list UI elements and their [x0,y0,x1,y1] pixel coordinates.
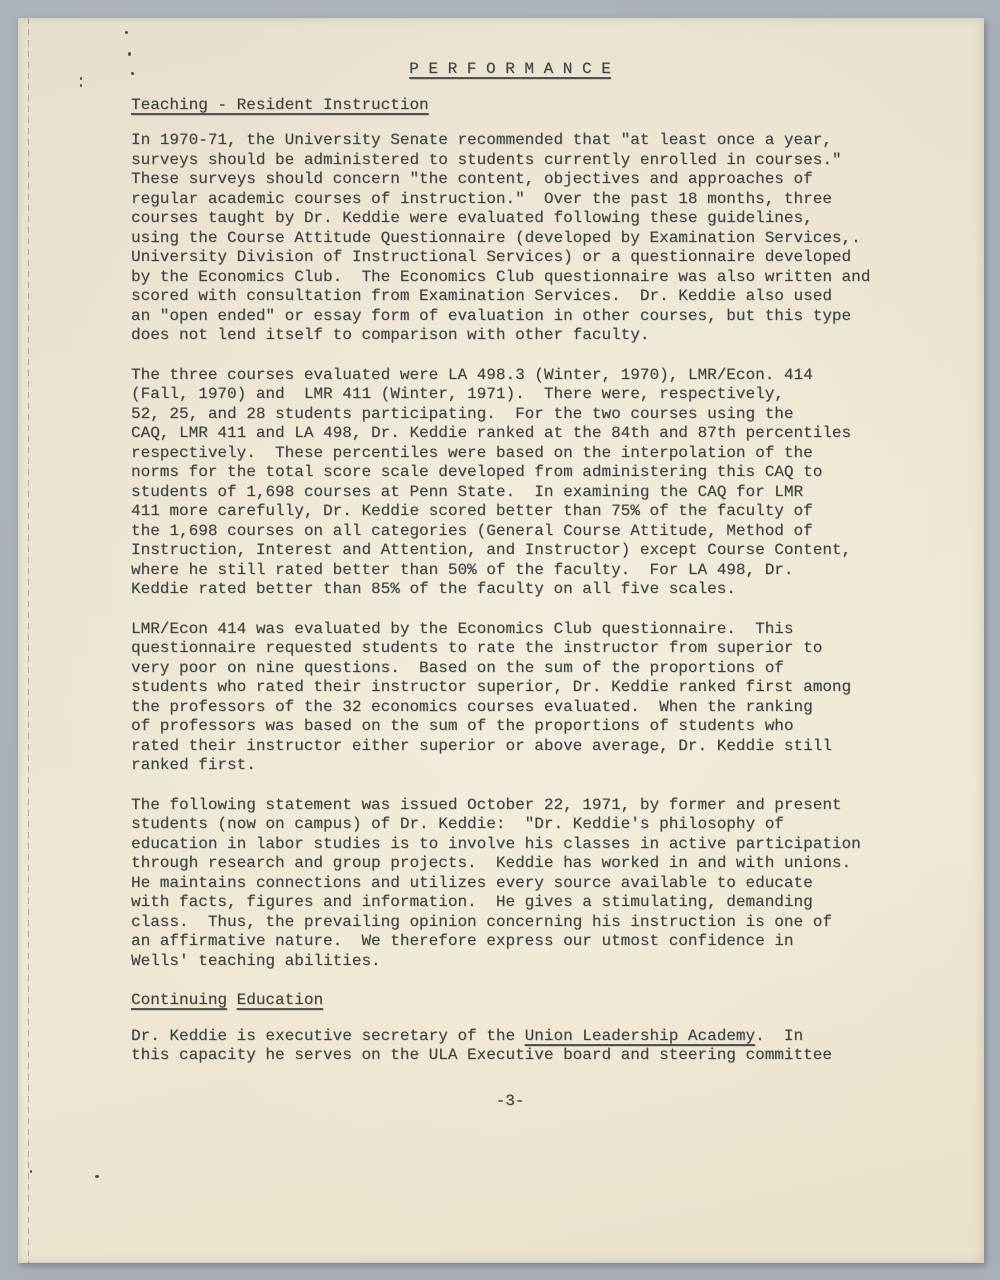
ink-speck [95,1175,99,1178]
heading-word: Education [237,991,323,1009]
section-heading-teaching: Teaching - Resident Instruction [131,96,889,116]
page-title-text: P E R F O R M A N C E [409,60,611,78]
text-line: by the Economics Club. The Economics Clu… [131,268,889,288]
paragraph-student-statement: The following statement was issued Octob… [131,796,889,972]
paragraph-ula: Dr. Keddie is executive secretary of the… [131,1027,889,1066]
text-line: questionnaire requested students to rate… [131,639,889,659]
paragraph-senate-surveys: In 1970-71, the University Senate recomm… [131,131,889,346]
document-page: P E R F O R M A N C E Teaching - Residen… [18,18,984,1263]
heading-word: Continuing [131,991,227,1009]
text-line: through research and group projects. Ked… [131,854,889,874]
text-line: The following statement was issued Octob… [131,796,889,816]
text-line: very poor on nine questions. Based on th… [131,659,889,679]
paragraph-courses-evaluated: The three courses evaluated were LA 498.… [131,366,889,600]
text-line: scored with consultation from Examinatio… [131,287,889,307]
ink-speck [80,77,82,80]
text-line: These surveys should concern "the conten… [131,170,889,190]
closing-line-1-suffix: . In [755,1027,803,1045]
section-heading-continuing-education: Continuing Education [131,991,889,1011]
text-line: Keddie rated better than 85% of the facu… [131,580,889,600]
text-line: Instruction, Interest and Attention, and… [131,541,889,561]
text-line: with facts, figures and information. He … [131,893,889,913]
text-line: students (now on campus) of Dr. Keddie: … [131,815,889,835]
text-line: does not lend itself to comparison with … [131,326,889,346]
document-content: P E R F O R M A N C E Teaching - Residen… [131,60,889,1111]
text-line: LMR/Econ 414 was evaluated by the Econom… [131,620,889,640]
text-line: the 1,698 courses on all categories (Gen… [131,522,889,542]
text-line: rated their instructor either superior o… [131,737,889,757]
paper-edge-line [28,18,29,1263]
text-line: using the Course Attitude Questionnaire … [131,229,889,249]
text-line: In 1970-71, the University Senate recomm… [131,131,889,151]
text-line: respectively. These percentiles were bas… [131,444,889,464]
text-line: norms for the total score scale develope… [131,463,889,483]
text-line: Wells' teaching abilities. [131,952,889,972]
text-line: ranked first. [131,756,889,776]
text-line: students of 1,698 courses at Penn State.… [131,483,889,503]
ink-speck [125,31,128,34]
union-leadership-academy-underlined: Union Leadership Academy [525,1027,755,1045]
closing-line-1-prefix: Dr. Keddie is executive secretary of the [131,1027,525,1045]
page-number: -3- [131,1092,889,1112]
text-line: courses taught by Dr. Keddie were evalua… [131,209,889,229]
section-heading-teaching-text: Teaching - Resident Instruction [131,96,429,114]
scan-background: P E R F O R M A N C E Teaching - Residen… [0,0,1000,1280]
closing-line-1: Dr. Keddie is executive secretary of the… [131,1027,889,1047]
text-line: regular academic courses of instruction.… [131,190,889,210]
paragraph-economics-club: LMR/Econ 414 was evaluated by the Econom… [131,620,889,776]
text-line: CAQ, LMR 411 and LA 498, Dr. Keddie rank… [131,424,889,444]
page-title: P E R F O R M A N C E [131,60,889,80]
text-line: an "open ended" or essay form of evaluat… [131,307,889,327]
text-line: 411 more carefully, Dr. Keddie scored be… [131,502,889,522]
text-line: surveys should be administered to studen… [131,151,889,171]
ink-speck [128,52,131,56]
text-line: 52, 25, and 28 students participating. F… [131,405,889,425]
text-line: of professors was based on the sum of th… [131,717,889,737]
text-line: The three courses evaluated were LA 498.… [131,366,889,386]
closing-line-2: this capacity he serves on the ULA Execu… [131,1046,889,1066]
text-line: (Fall, 1970) and LMR 411 (Winter, 1971).… [131,385,889,405]
text-line: the professors of the 32 economics cours… [131,698,889,718]
text-line: He maintains connections and utilizes ev… [131,874,889,894]
ink-speck [30,1170,32,1173]
text-line: where he still rated better than 50% of … [131,561,889,581]
text-line: class. Thus, the prevailing opinion conc… [131,913,889,933]
text-line: education in labor studies is to involve… [131,835,889,855]
text-line: University Division of Instructional Ser… [131,248,889,268]
text-line: students who rated their instructor supe… [131,678,889,698]
text-line: an affirmative nature. We therefore expr… [131,932,889,952]
